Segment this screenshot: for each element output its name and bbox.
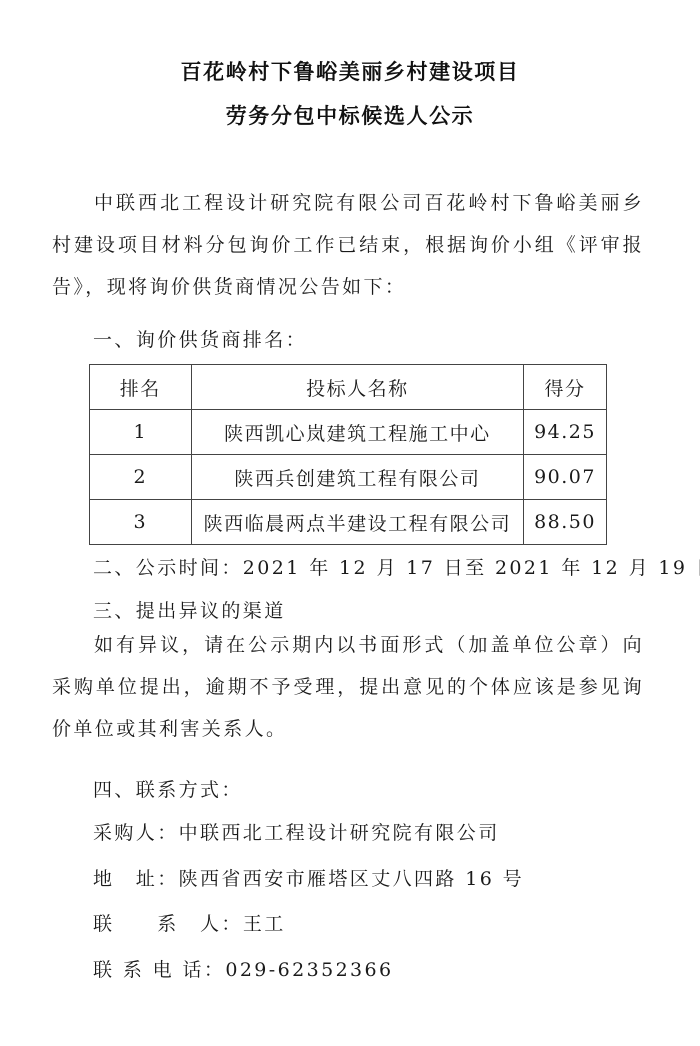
ranking-table: 排名 投标人名称 得分 1 陕西凯心岚建筑工程施工中心 94.25 2 陕西兵创… [89, 364, 607, 545]
rank-cell: 2 [90, 455, 192, 500]
intro-paragraph: 中联西北工程设计研究院有限公司百花岭村下鲁峪美丽乡村建设项目材料分包询价工作已结… [52, 182, 644, 308]
address-label: 地 址： [93, 864, 179, 894]
section-3-heading: 三、提出异议的渠道 [93, 596, 286, 626]
score-cell: 88.50 [524, 500, 607, 545]
table-row: 2 陕西兵创建筑工程有限公司 90.07 [90, 455, 607, 500]
document-title-line-2: 劳务分包中标候选人公示 [0, 101, 700, 131]
rank-cell: 1 [90, 410, 192, 455]
column-header-score: 得分 [524, 365, 607, 410]
bidder-name-cell: 陕西兵创建筑工程有限公司 [191, 455, 523, 500]
table-row: 1 陕西凯心岚建筑工程施工中心 94.25 [90, 410, 607, 455]
contact-person: 联 系 人：王工 [93, 909, 286, 939]
rank-cell: 3 [90, 500, 192, 545]
bidder-name-cell: 陕西凯心岚建筑工程施工中心 [191, 410, 523, 455]
announcement-page: 百花岭村下鲁峪美丽乡村建设项目 劳务分包中标候选人公示 中联西北工程设计研究院有… [0, 0, 700, 1046]
contact-person-value: 王工 [243, 913, 286, 935]
table-row: 3 陕西临晨两点半建设工程有限公司 88.50 [90, 500, 607, 545]
document-title-line-1: 百花岭村下鲁峪美丽乡村建设项目 [0, 57, 700, 87]
address-value: 陕西省西安市雁塔区丈八四路 16 号 [179, 868, 524, 890]
phone-label: 联 系 电 话： [93, 955, 225, 985]
contact-address: 地 址：陕西省西安市雁塔区丈八四路 16 号 [93, 864, 524, 894]
bidder-name-cell: 陕西临晨两点半建设工程有限公司 [191, 500, 523, 545]
section-1-heading: 一、询价供货商排名： [93, 325, 307, 355]
score-cell: 90.07 [524, 455, 607, 500]
phone-value: 029-62352366 [225, 959, 393, 981]
contact-person-label: 联 系 人： [93, 909, 243, 939]
purchaser-label: 采购人： [93, 818, 179, 848]
score-cell: 94.25 [524, 410, 607, 455]
objection-paragraph: 如有异议，请在公示期内以书面形式（加盖单位公章）向采购单位提出，逾期不予受理，提… [52, 624, 644, 750]
purchaser-value: 中联西北工程设计研究院有限公司 [179, 822, 500, 844]
column-header-rank: 排名 [90, 365, 192, 410]
section-4-heading: 四、联系方式： [93, 775, 243, 805]
contact-purchaser: 采购人：中联西北工程设计研究院有限公司 [93, 818, 500, 848]
publicity-period: 二、公示时间：2021 年 12 月 17 日至 2021 年 12 月 19 … [93, 553, 700, 583]
table-header-row: 排名 投标人名称 得分 [90, 365, 607, 410]
column-header-bidder-name: 投标人名称 [191, 365, 523, 410]
contact-phone: 联 系 电 话：029-62352366 [93, 955, 394, 985]
